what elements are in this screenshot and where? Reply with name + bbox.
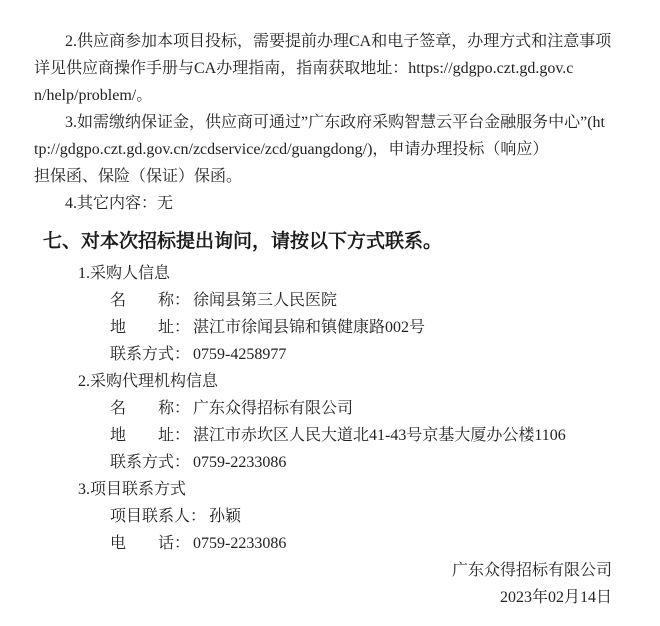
contact-section-title: 3.项目联系方式 <box>34 476 612 503</box>
contact-row-value: 孙颖 <box>206 508 241 525</box>
colon-separator: ： <box>174 287 190 314</box>
contact-row-label: 名称 <box>110 395 174 422</box>
contact-section-title: 2.采购代理机构信息 <box>34 368 612 395</box>
colon-separator: ： <box>174 314 190 341</box>
contact-row-address: 地址：湛江市赤坎区人民大道北41-43号京基大厦办公楼1106 <box>34 422 612 449</box>
contact-section-agency: 2.采购代理机构信息 名称：广东众得招标有限公司 地址：湛江市赤坎区人民大道北4… <box>34 368 612 476</box>
contact-row-value: 0759-2233086 <box>190 454 286 471</box>
section-heading: 七、对本次招标提出询问，请按以下方式联系。 <box>34 224 612 260</box>
contact-row-value: 湛江市赤坎区人民大道北41-43号京基大厦办公楼1106 <box>190 427 566 444</box>
contact-section-purchaser: 1.采购人信息 名称：徐闻县第三人民医院 地址：湛江市徐闻县锦和镇健康路002号… <box>34 260 612 368</box>
contact-row-label: 项目联系人 <box>110 503 190 530</box>
colon-separator: ： <box>174 341 190 368</box>
contact-section-project: 3.项目联系方式 项目联系人：孙颖 电话：0759-2233086 <box>34 476 612 557</box>
contact-row-value: 0759-4258977 <box>190 346 286 363</box>
notice-line: 详见供应商操作手册与CA办理指南，指南获取地址：https://gdgpo.cz… <box>34 55 612 82</box>
contact-row-value: 广东众得招标有限公司 <box>190 400 353 417</box>
contact-section-title: 1.采购人信息 <box>34 260 612 287</box>
contact-row-value: 0759-2233086 <box>190 535 286 552</box>
colon-separator: ： <box>174 449 190 476</box>
contact-row-address: 地址：湛江市徐闻县锦和镇健康路002号 <box>34 314 612 341</box>
signature-company: 广东众得招标有限公司 <box>34 557 612 584</box>
contact-row-value: 湛江市徐闻县锦和镇健康路002号 <box>190 319 425 336</box>
contact-row-name: 名称：徐闻县第三人民医院 <box>34 287 612 314</box>
contact-row-label: 联系方式 <box>110 449 174 476</box>
contact-row-label: 地址 <box>110 314 174 341</box>
colon-separator: ： <box>174 530 190 557</box>
contact-row-phone: 电话：0759-2233086 <box>34 530 612 557</box>
notice-line: n/help/problem/。 <box>34 82 612 109</box>
document-page: 2.供应商参加本项目投标，需要提前办理CA和电子签章，办理方式和注意事项 详见供… <box>0 0 660 626</box>
notice-line: 2.供应商参加本项目投标，需要提前办理CA和电子签章，办理方式和注意事项 <box>34 28 612 55</box>
colon-separator: ： <box>174 395 190 422</box>
contact-row-label: 名称 <box>110 287 174 314</box>
notice-paragraph-3: 3.如需缴纳保证金，供应商可通过”广东政府采购智慧云平台金融服务中心”(ht t… <box>34 109 612 190</box>
contact-row-label: 电话 <box>110 530 174 557</box>
notice-paragraph-4: 4.其它内容：无 <box>34 190 612 217</box>
contact-row-value: 徐闻县第三人民医院 <box>190 292 337 309</box>
contact-row-label: 联系方式 <box>110 341 174 368</box>
notice-line: tp://gdgpo.czt.gd.gov.cn/zcdservice/zcd/… <box>34 136 612 163</box>
contact-row-phone: 联系方式：0759-2233086 <box>34 449 612 476</box>
contact-row-label: 地址 <box>110 422 174 449</box>
colon-separator: ： <box>174 422 190 449</box>
notice-line: 担保函、保险（保证）保函。 <box>34 163 612 190</box>
notice-line: 4.其它内容：无 <box>34 190 612 217</box>
signature-block: 广东众得招标有限公司 2023年02月14日 <box>34 557 612 611</box>
notice-paragraph-2: 2.供应商参加本项目投标，需要提前办理CA和电子签章，办理方式和注意事项 详见供… <box>34 28 612 109</box>
contact-row-person: 项目联系人：孙颖 <box>34 503 612 530</box>
contact-row-phone: 联系方式：0759-4258977 <box>34 341 612 368</box>
notice-line: 3.如需缴纳保证金，供应商可通过”广东政府采购智慧云平台金融服务中心”(ht <box>34 109 612 136</box>
contact-row-name: 名称：广东众得招标有限公司 <box>34 395 612 422</box>
colon-separator: ： <box>190 503 206 530</box>
signature-date: 2023年02月14日 <box>34 584 612 611</box>
